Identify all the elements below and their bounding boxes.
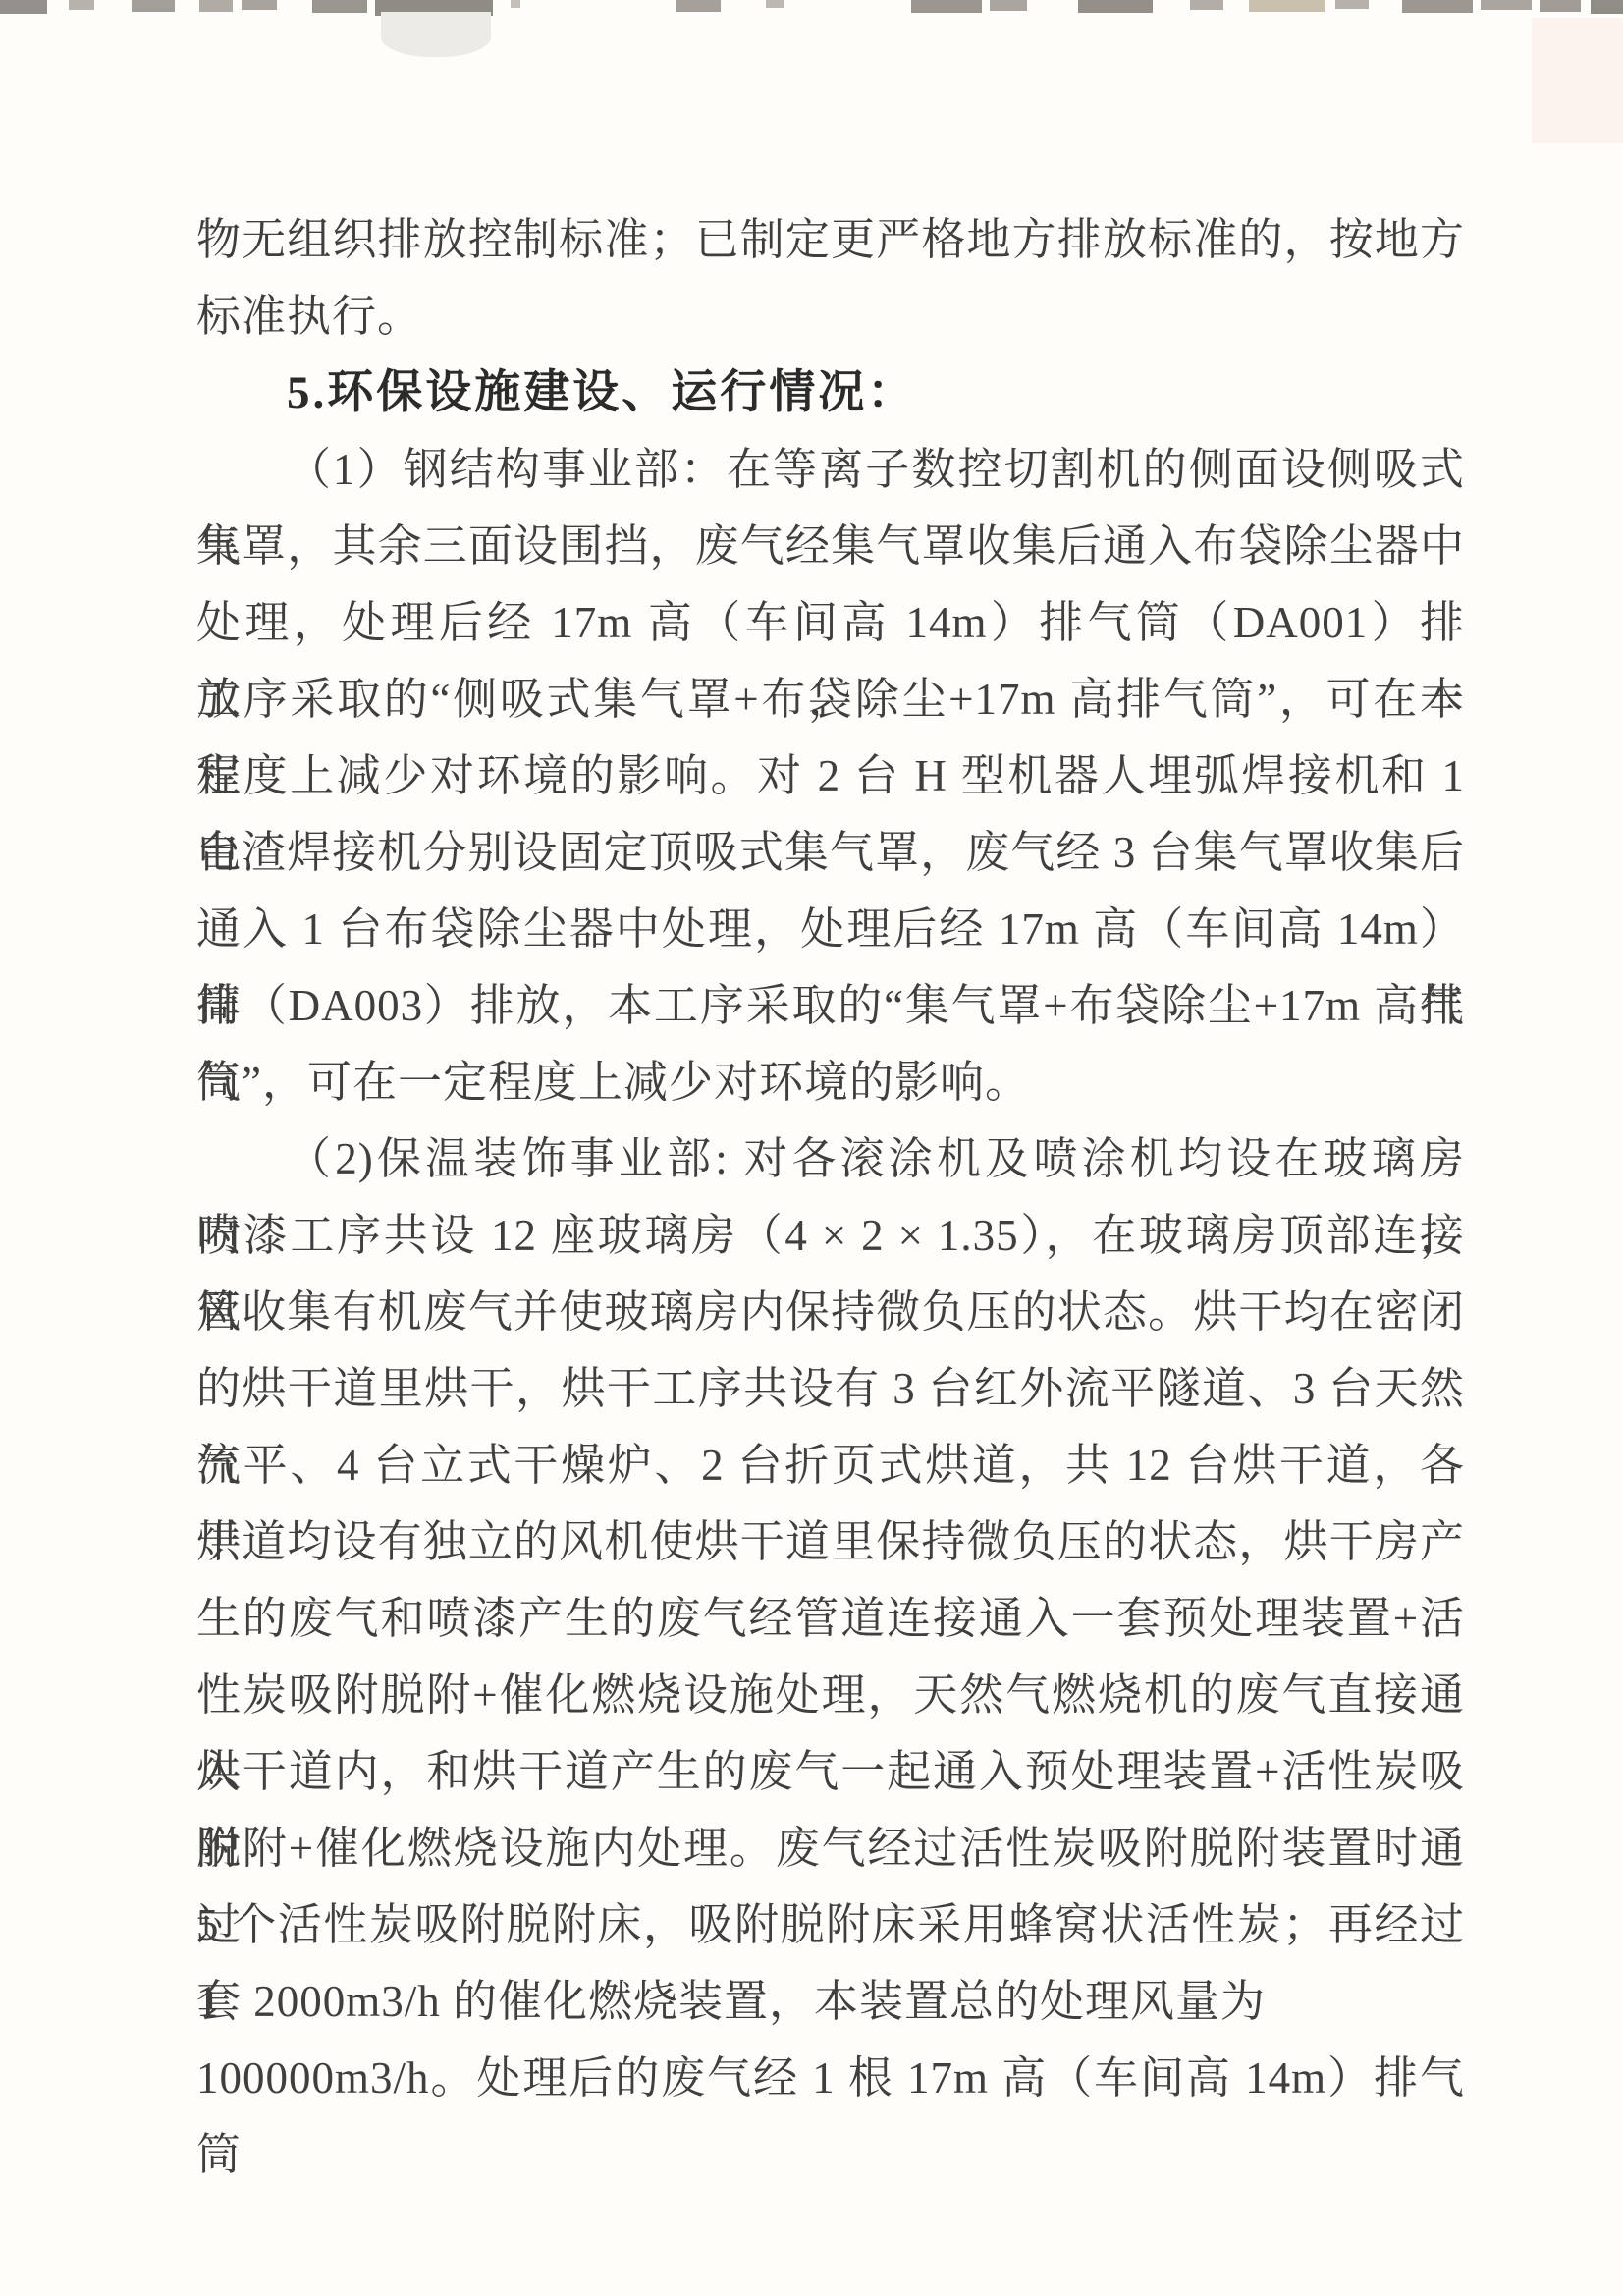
- scan-artifact-band: [0, 0, 1623, 59]
- scan-speck: [1481, 0, 1532, 10]
- document-text: 物无组织排放控制标准；已制定更严格地方排放标准的，按地方标准执行。5.环保设施建…: [196, 201, 1465, 2116]
- text-line: 程度上减少对环境的影响。对 2 台 H 型机器人埋弧焊接机和 1 台: [196, 738, 1465, 814]
- text-line: 管收集有机废气并使玻璃房内保持微负压的状态。烘干均在密闭: [196, 1274, 1465, 1350]
- text-line: 标准执行。: [196, 278, 1465, 355]
- scan-speck: [1591, 0, 1623, 14]
- scan-speck: [990, 0, 1027, 11]
- scan-speck: [69, 0, 94, 10]
- scan-speck: [312, 0, 367, 13]
- scan-corner-shadow: [1532, 18, 1623, 143]
- text-line: 套 2000m3/h 的催化燃烧装置，本装置总的处理风量为: [196, 1963, 1465, 2040]
- text-line: 5 个活性炭吸附脱附床，吸附脱附床采用蜂窝状活性炭；再经过 1: [196, 1886, 1465, 1963]
- text-line: 工序采取的“侧吸式集气罩+布袋除尘+17m 高排气筒”，可在一定: [196, 661, 1465, 738]
- scan-speck: [511, 0, 520, 8]
- scan-speck: [1335, 0, 1369, 9]
- scan-speck: [1190, 0, 1223, 10]
- scan-speck: [1540, 0, 1581, 12]
- text-line: 100000m3/h。处理后的废气经 1 根 17m 高（车间高 14m）排气筒: [196, 2040, 1465, 2116]
- scan-speck: [1078, 0, 1153, 13]
- document-page: 物无组织排放控制标准；已制定更严格地方排放标准的，按地方标准执行。5.环保设施建…: [0, 0, 1623, 2296]
- text-line: 通入 1 台布袋除尘器中处理，处理后经 17m 高（车间高 14m）排气: [196, 891, 1465, 967]
- scan-speck: [766, 0, 784, 8]
- text-line: 处理，处理后经 17m 高（车间高 14m）排气筒（DA001）排放，本: [196, 584, 1465, 661]
- scan-speck: [911, 0, 982, 13]
- text-line: 筒（DA003）排放，本工序采取的“集气罩+布袋除尘+17m 高排气: [196, 967, 1465, 1044]
- text-line: 气罩，其余三面设围挡，废气经集气罩收集后通入布袋除尘器中: [196, 508, 1465, 584]
- text-line: 筒”，可在一定程度上减少对环境的影响。: [196, 1044, 1465, 1121]
- scan-speck: [199, 0, 233, 12]
- text-line: 的烘干道里烘干，烘干工序共设有 3 台红外流平隧道、3 台天然气: [196, 1350, 1465, 1427]
- scan-speck: [1402, 0, 1473, 13]
- text-line: 生的废气和喷漆产生的废气经管道连接通入一套预处理装置+活: [196, 1580, 1465, 1657]
- text-line: （1）钢结构事业部：在等离子数控切割机的侧面设侧吸式集: [196, 431, 1465, 508]
- section-heading: 5.环保设施建设、运行情况：: [196, 355, 1465, 431]
- scan-speck: [242, 0, 277, 10]
- text-line: 烘干道内，和烘干道产生的废气一起通入预处理装置+活性炭吸附: [196, 1733, 1465, 1810]
- text-line: 干道均设有独立的风机使烘干道里保持微负压的状态，烘干房产: [196, 1503, 1465, 1580]
- text-line: 喷漆工序共设 12 座玻璃房（4 × 2 × 1.35），在玻璃房顶部连接风: [196, 1197, 1465, 1274]
- scan-speck: [132, 0, 175, 12]
- text-line: 电渣焊接机分别设固定顶吸式集气罩，废气经 3 台集气罩收集后: [196, 814, 1465, 891]
- scan-speck: [676, 0, 721, 12]
- text-line: 物无组织排放控制标准；已制定更严格地方排放标准的，按地方: [196, 201, 1465, 278]
- text-line: 脱附+催化燃烧设施内处理。废气经过活性炭吸附脱附装置时通过: [196, 1810, 1465, 1886]
- text-line: 性炭吸附脱附+催化燃烧设施处理，天然气燃烧机的废气直接通入: [196, 1657, 1465, 1733]
- scan-speck: [1249, 0, 1325, 12]
- text-line: （2)保温装饰事业部: 对各滚涂机及喷涂机均设在玻璃房内，: [196, 1121, 1465, 1197]
- scan-speck: [0, 0, 47, 14]
- scan-smudge: [381, 12, 491, 57]
- text-line: 流平、4 台立式干燥炉、2 台折页式烘道，共 12 台烘干道，各烘: [196, 1427, 1465, 1503]
